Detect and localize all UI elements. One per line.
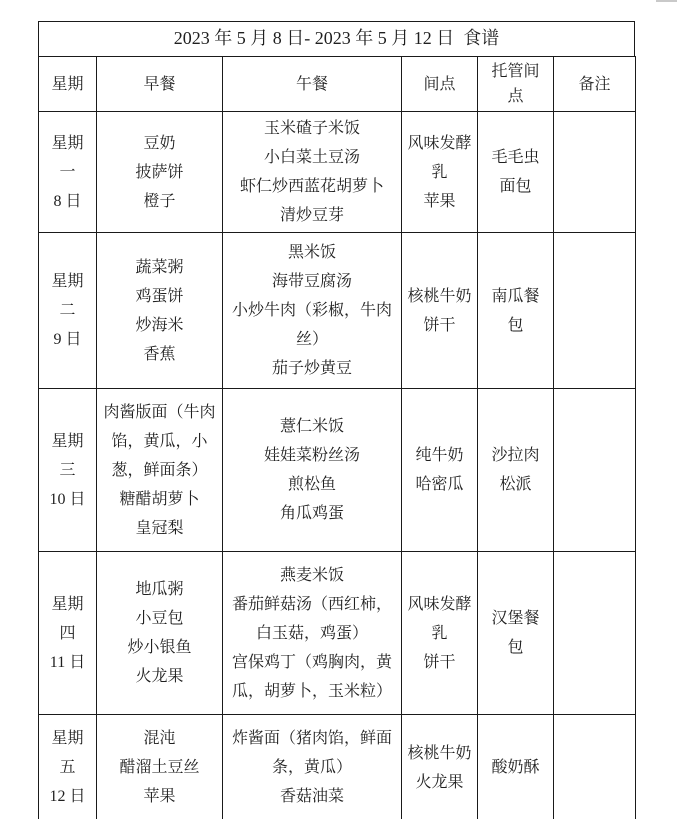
lunch-cell: 炸酱面（猪肉馅，鲜面条，黄瓜）香菇油菜 [223,715,402,819]
menu-item-text: 风味发酵乳 [407,590,472,648]
menu-item-text: 苹果 [407,187,472,216]
menu-item-text: 蔬菜粥 [101,253,218,282]
menu-item-text: 醋溜土豆丝 [101,753,218,782]
snack-cell: 核桃牛奶饼干 [402,233,478,389]
header-day-label: 星期 [51,76,83,93]
day-cell: 星期二9 日 [39,233,97,389]
menu-row-1: 星期一8 日豆奶披萨饼橙子玉米碴子米饭小白菜土豆汤虾仁炒西蓝花胡萝卜清炒豆芽风味… [39,112,636,233]
menu-item-text: 毛毛虫面包 [488,143,543,201]
menu-row-5: 星期五12 日混沌醋溜土豆丝苹果炸酱面（猪肉馅，鲜面条，黄瓜）香菇油菜核桃牛奶火… [39,715,636,819]
lunch-cell: 燕麦米饭番茄鲜菇汤（西红柿，白玉菇，鸡蛋）宫保鸡丁（鸡胸肉，黄瓜，胡萝卜，玉米粒… [223,552,402,715]
header-lunch-label: 午餐 [296,76,328,93]
care-snack-cell: 南瓜餐包 [478,233,554,389]
header-day: 星期 [39,57,97,112]
header-breakfast: 早餐 [97,57,223,112]
menu-item-text: 香菇油菜 [227,782,397,811]
header-snack: 间点 [402,57,478,112]
menu-item-text: 四 [45,619,90,648]
menu-item-text: 饼干 [407,648,472,677]
menu-item-text: 混沌 [101,724,218,753]
lunch-cell: 黑米饭海带豆腐汤小炒牛肉（彩椒，牛肉丝）茄子炒黄豆 [223,233,402,389]
snack-cell: 风味发酵乳苹果 [402,112,478,233]
menu-item-text: 纯牛奶 [407,441,472,470]
snack-cell: 纯牛奶哈密瓜 [402,389,478,552]
menu-item-text: 豆奶 [101,129,218,158]
header-breakfast-label: 早餐 [143,76,175,93]
menu-item-text: 风味发酵乳 [407,129,472,187]
menu-item-text: 鸡蛋饼 [101,282,218,311]
header-snack-label: 间点 [423,76,455,93]
menu-item-text: 星期 [45,267,90,296]
menu-item-text: 虾仁炒西蓝花胡萝卜 [227,172,397,201]
remark-cell [554,715,636,819]
breakfast-cell: 地瓜粥小豆包炒小银鱼火龙果 [97,552,223,715]
menu-item-text: 10 日 [45,485,90,514]
menu-item-text: 黑米饭 [227,238,397,267]
lunch-cell: 薏仁米饭娃娃菜粉丝汤煎松鱼角瓜鸡蛋 [223,389,402,552]
menu-item-text: 12 日 [45,782,90,811]
menu-item-text: 火龙果 [407,768,472,797]
day-cell: 星期一8 日 [39,112,97,233]
breakfast-cell: 肉酱版面（牛肉馅，黄瓜，小葱，鲜面条）糖醋胡萝卜皇冠梨 [97,389,223,552]
menu-item-text: 小豆包 [101,604,218,633]
remark-cell [554,112,636,233]
menu-table-body: 星期一8 日豆奶披萨饼橙子玉米碴子米饭小白菜土豆汤虾仁炒西蓝花胡萝卜清炒豆芽风味… [39,112,636,819]
header-care-snack: 托管间点 [478,57,554,112]
menu-item-text: 茄子炒黄豆 [227,354,397,383]
header-remark: 备注 [554,57,636,112]
day-cell: 星期四11 日 [39,552,97,715]
menu-item-text: 二 [45,296,90,325]
header-lunch: 午餐 [223,57,402,112]
menu-item-text: 苹果 [101,782,218,811]
menu-item-text: 星期 [45,590,90,619]
header-care-snack-label: 托管间点 [488,59,544,109]
menu-item-text: 8 日 [45,187,90,216]
menu-item-text: 清炒豆芽 [227,201,397,230]
menu-item-text: 炒小银鱼 [101,633,218,662]
header-row: 星期 早餐 午餐 间点 托管间点 备注 [39,57,636,112]
menu-table: 星期 早餐 午餐 间点 托管间点 备注 星期一8 日豆奶披萨饼橙子玉米碴子米饭小… [38,56,636,819]
snack-cell: 风味发酵乳饼干 [402,552,478,715]
menu-item-text: 沙拉肉松派 [488,441,543,499]
menu-item-text: 燕麦米饭 [227,561,397,590]
menu-item-text: 地瓜粥 [101,575,218,604]
menu-item-text: 皇冠梨 [101,514,218,543]
menu-item-text: 糖醋胡萝卜 [101,485,218,514]
menu-item-text: 核桃牛奶 [407,739,472,768]
menu-item-text: 饼干 [407,311,472,340]
menu-item-text: 炒海米 [101,311,218,340]
snack-cell: 核桃牛奶火龙果 [402,715,478,819]
menu-item-text: 角瓜鸡蛋 [227,499,397,528]
breakfast-cell: 混沌醋溜土豆丝苹果 [97,715,223,819]
menu-item-text: 星期 [45,724,90,753]
menu-item-text: 酸奶酥 [488,753,543,782]
menu-item-text: 薏仁米饭 [227,412,397,441]
menu-title: 2023 年 5 月 8 日- 2023 年 5 月 12 日 食谱 [38,21,635,56]
menu-sheet: 2023 年 5 月 8 日- 2023 年 5 月 12 日 食谱 星期 早餐… [38,21,635,819]
menu-item-text: 煎松鱼 [227,470,397,499]
menu-item-text: 哈密瓜 [407,470,472,499]
menu-item-text: 11 日 [45,648,90,677]
menu-item-text: 番茄鲜菇汤（西红柿，白玉菇，鸡蛋） [227,590,397,648]
menu-item-text: 玉米碴子米饭 [227,114,397,143]
day-cell: 星期五12 日 [39,715,97,819]
top-edge-artifact [656,0,677,2]
care-snack-cell: 毛毛虫面包 [478,112,554,233]
menu-item-text: 小白菜土豆汤 [227,143,397,172]
menu-row-3: 星期三10 日肉酱版面（牛肉馅，黄瓜，小葱，鲜面条）糖醋胡萝卜皇冠梨薏仁米饭娃娃… [39,389,636,552]
menu-row-2: 星期二9 日蔬菜粥鸡蛋饼炒海米香蕉黑米饭海带豆腐汤小炒牛肉（彩椒，牛肉丝）茄子炒… [39,233,636,389]
remark-cell [554,389,636,552]
menu-item-text: 一 [45,158,90,187]
care-snack-cell: 汉堡餐包 [478,552,554,715]
remark-cell [554,552,636,715]
menu-item-text: 小炒牛肉（彩椒，牛肉丝） [227,296,397,354]
document-page: 2023 年 5 月 8 日- 2023 年 5 月 12 日 食谱 星期 早餐… [0,0,700,819]
menu-item-text: 汉堡餐包 [488,604,543,662]
menu-item-text: 披萨饼 [101,158,218,187]
menu-item-text: 橙子 [101,187,218,216]
menu-item-text: 娃娃菜粉丝汤 [227,441,397,470]
menu-item-text: 9 日 [45,325,90,354]
menu-item-text: 火龙果 [101,662,218,691]
menu-item-text: 炸酱面（猪肉馅，鲜面条，黄瓜） [227,724,397,782]
menu-item-text: 星期 [45,129,90,158]
menu-item-text: 核桃牛奶 [407,282,472,311]
menu-row-4: 星期四11 日地瓜粥小豆包炒小银鱼火龙果燕麦米饭番茄鲜菇汤（西红柿，白玉菇，鸡蛋… [39,552,636,715]
header-remark-label: 备注 [578,76,610,93]
menu-item-text: 香蕉 [101,340,218,369]
menu-item-text: 五 [45,753,90,782]
care-snack-cell: 沙拉肉松派 [478,389,554,552]
menu-item-text: 三 [45,456,90,485]
remark-cell [554,233,636,389]
menu-item-text: 海带豆腐汤 [227,267,397,296]
menu-item-text: 宫保鸡丁（鸡胸肉，黄瓜，胡萝卜，玉米粒） [227,648,397,706]
lunch-cell: 玉米碴子米饭小白菜土豆汤虾仁炒西蓝花胡萝卜清炒豆芽 [223,112,402,233]
menu-item-text: 南瓜餐包 [488,282,543,340]
day-cell: 星期三10 日 [39,389,97,552]
breakfast-cell: 豆奶披萨饼橙子 [97,112,223,233]
care-snack-cell: 酸奶酥 [478,715,554,819]
menu-item-text: 肉酱版面（牛肉馅，黄瓜，小葱，鲜面条） [101,398,218,485]
menu-item-text: 星期 [45,427,90,456]
breakfast-cell: 蔬菜粥鸡蛋饼炒海米香蕉 [97,233,223,389]
